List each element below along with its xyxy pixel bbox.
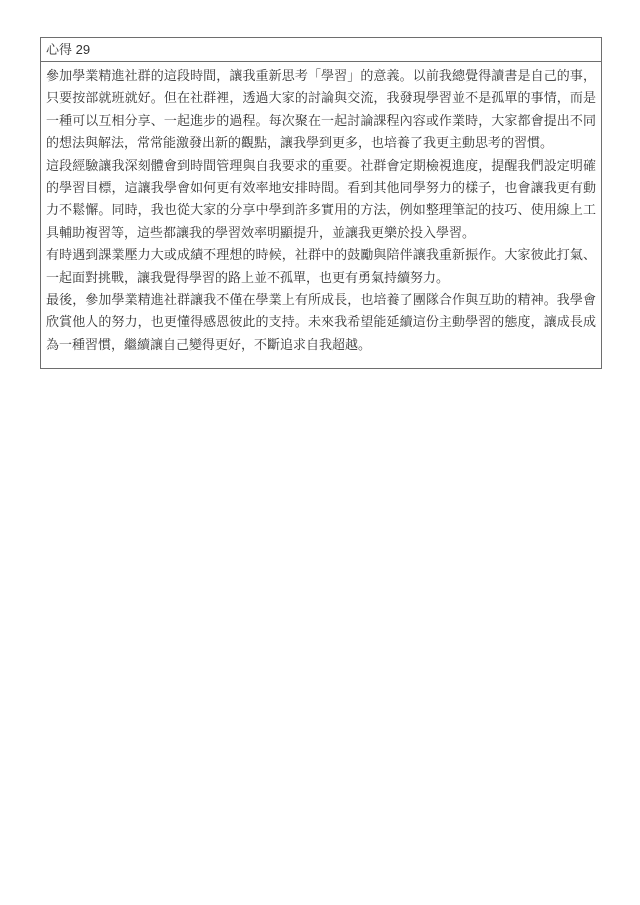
- document-page: 心得 29 參加學業精進社群的這段時間，讓我重新思考「學習」的意義。以前我總覺得…: [0, 0, 640, 905]
- paragraph-4: 最後，參加學業精進社群讓我不僅在學業上有所成長，也培養了團隊合作與互助的精神。我…: [46, 289, 596, 356]
- reflection-table: 心得 29 參加學業精進社群的這段時間，讓我重新思考「學習」的意義。以前我總覺得…: [40, 37, 602, 369]
- paragraph-2: 這段經驗讓我深刻體會到時間管理與自我要求的重要。社群會定期檢視進度，提醒我們設定…: [46, 155, 596, 245]
- table-body-cell: 參加學業精進社群的這段時間，讓我重新思考「學習」的意義。以前我總覺得讀書是自己的…: [41, 62, 601, 368]
- paragraph-1: 參加學業精進社群的這段時間，讓我重新思考「學習」的意義。以前我總覺得讀書是自己的…: [46, 65, 596, 155]
- table-header-cell: 心得 29: [41, 38, 601, 62]
- paragraph-3: 有時遇到課業壓力大或成績不理想的時候，社群中的鼓勵與陪伴讓我重新振作。大家彼此打…: [46, 244, 596, 289]
- table-header-label: 心得 29: [46, 42, 90, 57]
